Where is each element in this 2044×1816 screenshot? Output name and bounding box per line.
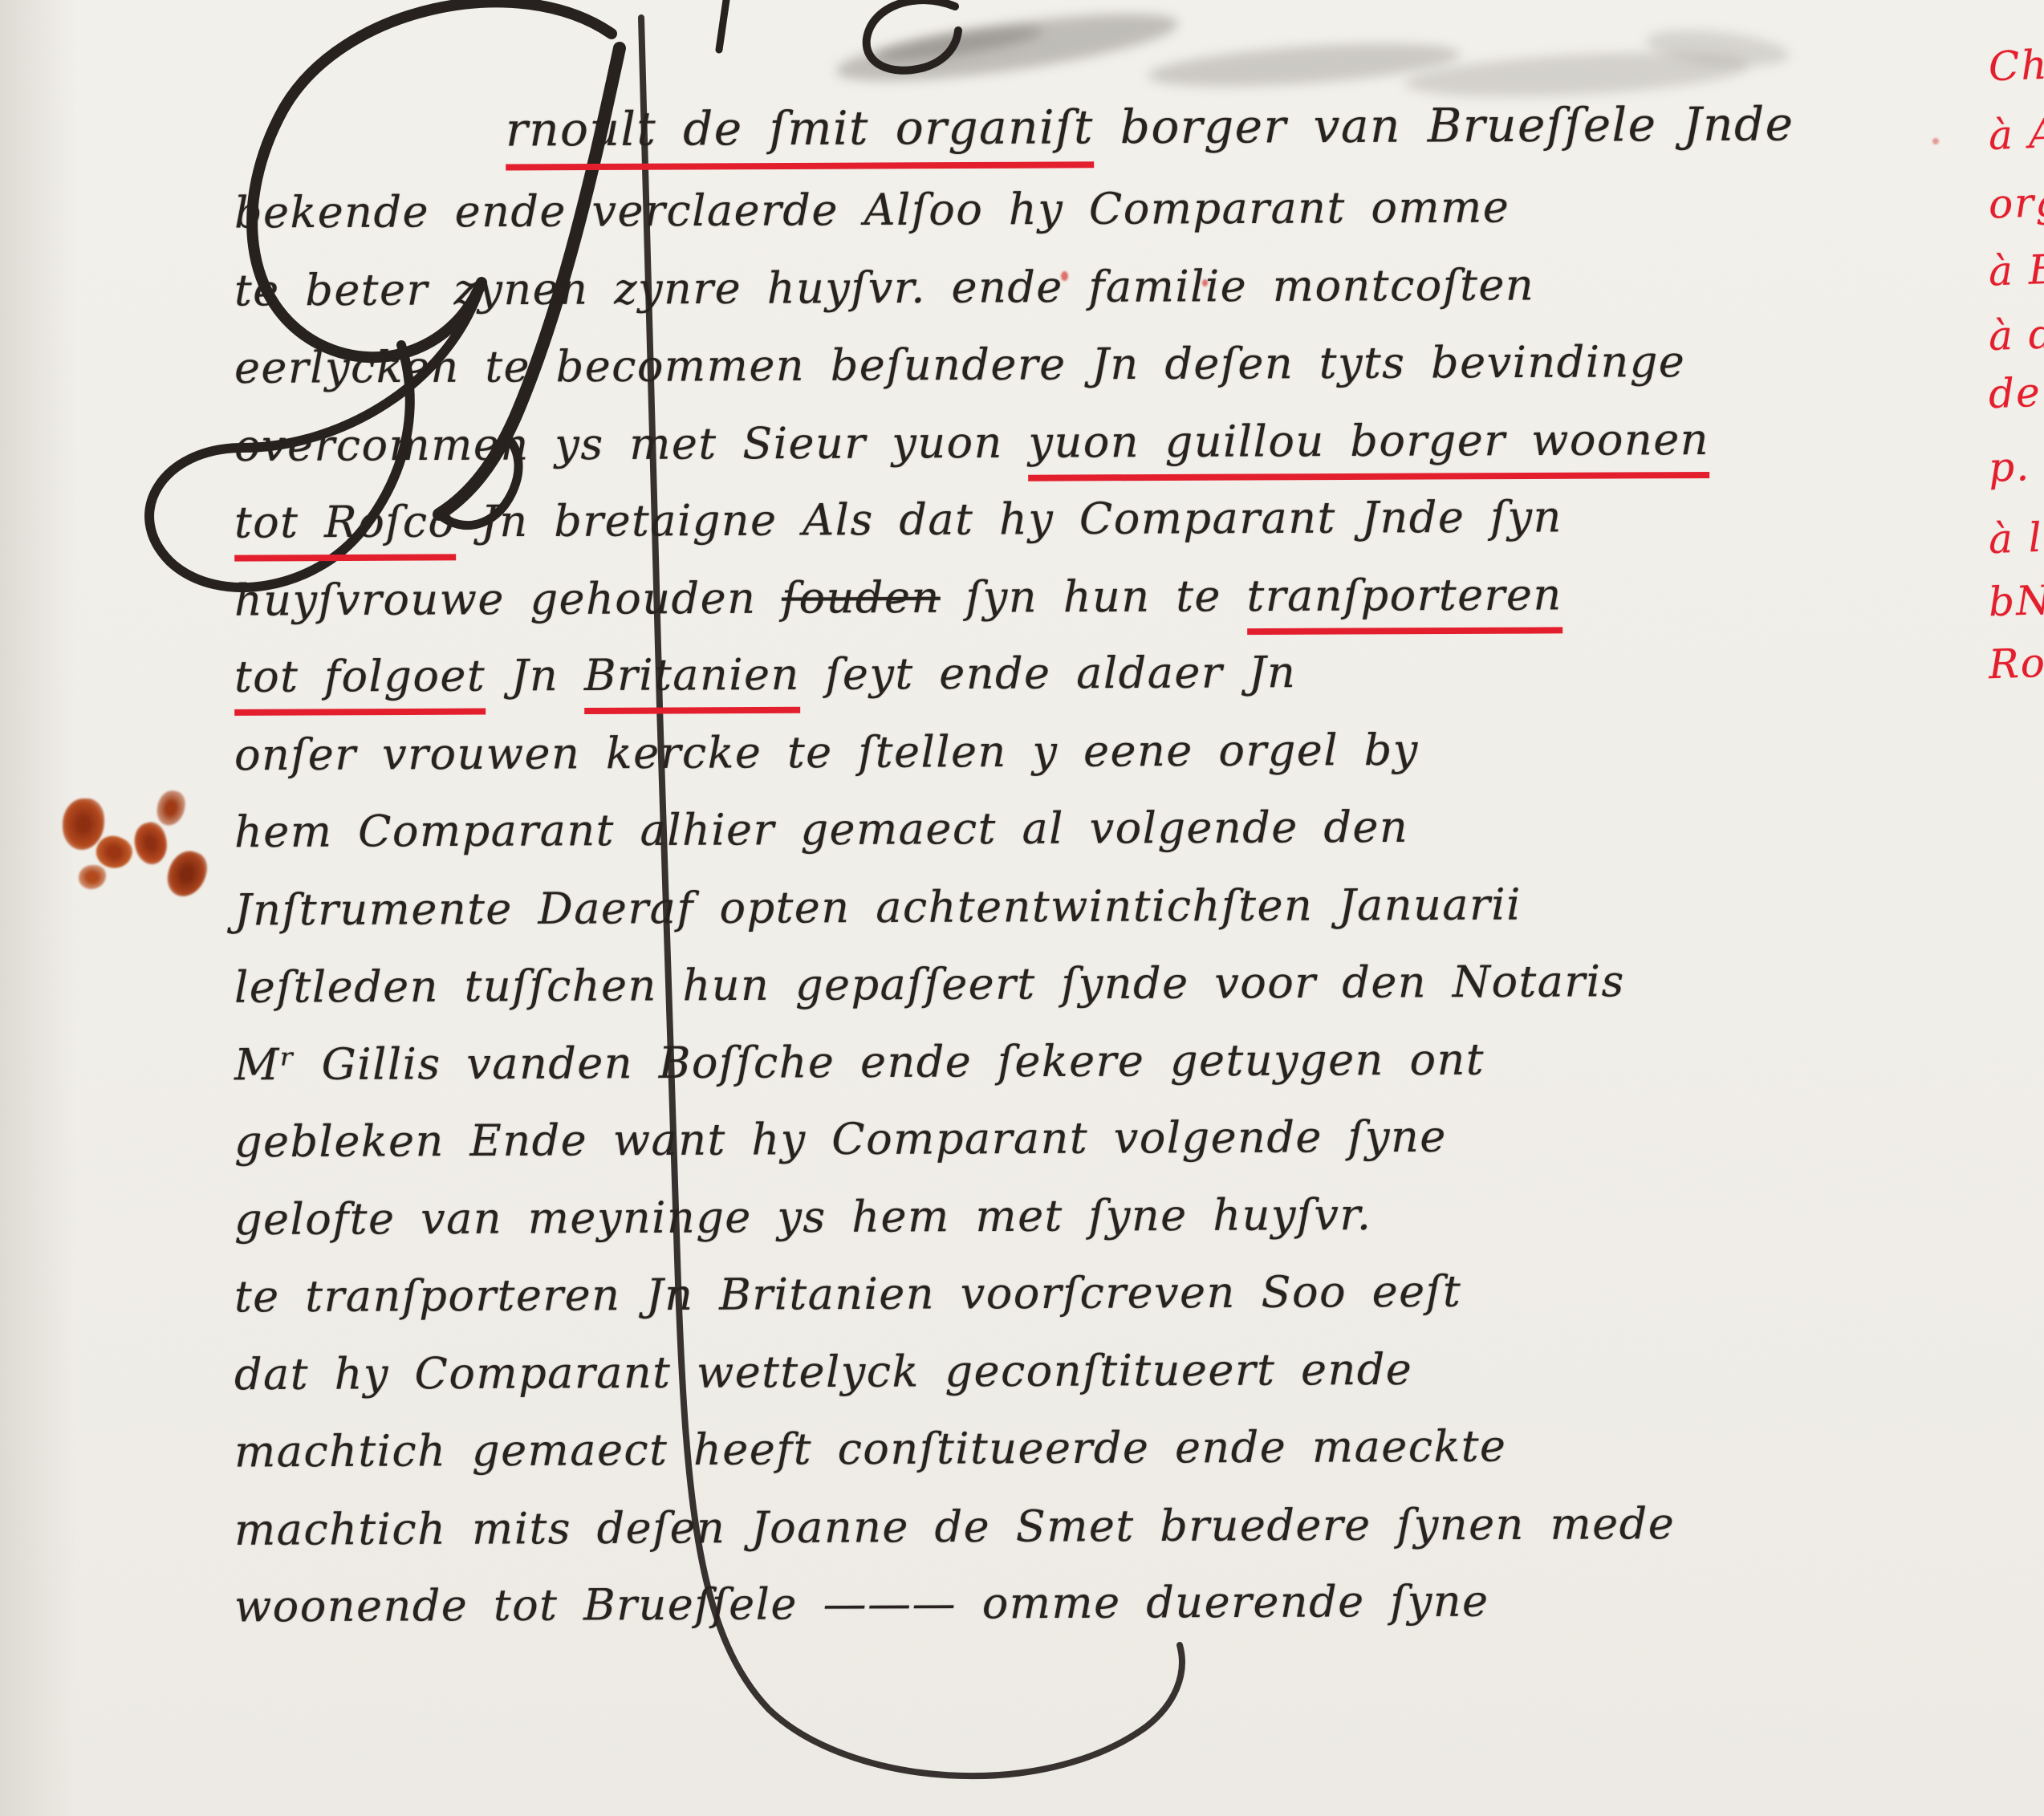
text-segment: dat hy Comparant wettelyck geconſtitueer… [234, 1343, 1413, 1399]
text-segment: ſeyt ende aldaer Jn [800, 647, 1297, 700]
top-edge-stroke [719, 0, 726, 50]
red-underlined-phrase: tot folgoet [234, 651, 486, 716]
margin-note: org [1988, 178, 2044, 227]
manuscript-line: dat hy Comparant wettelyck geconſtitueer… [234, 1337, 1413, 1406]
red-underlined-phrase: tot Roſco [234, 496, 456, 561]
text-segment: Jn bretaigne Als dat hy Comparant Jnde ſ… [455, 491, 1562, 546]
manuscript-line: huyſvrouwe gehouden ſouden ſyn hun te tr… [234, 563, 1562, 632]
text-segment: ſouden [782, 571, 941, 623]
manuscript-line: Mʳ Gillis vanden Boſſche ende ſekere get… [234, 1027, 1485, 1097]
manuscript-line: tot Roſco Jn bretaigne Als dat hy Compar… [234, 485, 1562, 555]
text-segment: gebleken Ende want hy Comparant volgende… [234, 1111, 1447, 1168]
text-segment: Jn [486, 650, 584, 701]
manuscript-line: woonende tot Brueſſele ——— omme duerende… [234, 1570, 1489, 1639]
text-segment: overcommen ys met Sieur yuon [234, 416, 1029, 470]
margin-note: de S [1988, 368, 2044, 417]
manuscript-line: gelofte van meyninge ys hem met ſyne huy… [234, 1182, 1372, 1251]
margin-note: à l [1988, 514, 2044, 563]
manuscript-line: gebleken Ende want hy Comparant volgende… [234, 1105, 1447, 1175]
text-segment: Mʳ Gillis vanden Boſſche ende ſekere get… [234, 1034, 1485, 1090]
text-segment: ſyn hun te [941, 571, 1247, 623]
manuscript-line: rnoult de ſmit organiſt borger van Brueſ… [506, 91, 1794, 161]
text-segment: machtich mits deſen Joanne de Smet brued… [234, 1498, 1675, 1555]
margin-note: à B [1988, 246, 2044, 295]
red-underlined-phrase: yuon guillou borger woonen [1028, 413, 1709, 481]
text-segment: leſtleden tuſſchen hun gepaſſeert ſynde … [234, 956, 1625, 1013]
manuscript-page: { "document_kind": "handwritten notarial… [0, 0, 2044, 1816]
margin-note: Char [1988, 40, 2044, 91]
manuscript-line: machtich mits deſen Joanne de Smet brued… [234, 1492, 1676, 1562]
manuscript-line: Jnſtrumente Daeraf opten achtentwintichſ… [234, 872, 1522, 942]
margin-note: bN [1988, 577, 2044, 626]
manuscript-line: onſer vrouwen kercke te ſtellen y eene o… [234, 717, 1419, 786]
margin-note: p. ‥ [1988, 441, 2044, 491]
text-segment: te beter zynen zynre huyſvr. ende famili… [234, 259, 1534, 315]
red-underlined-phrase: Britanien [584, 649, 800, 714]
manuscript-line: bekende ende verclaerde Alſoo hy Compara… [234, 176, 1510, 246]
manuscript-line: leſtleden tuſſchen hun gepaſſeert ſynde … [234, 949, 1625, 1020]
text-segment: huyſvrouwe gehouden [234, 572, 782, 625]
manuscript-line: eerlycken te becommen beſundere Jn deſen… [234, 330, 1686, 400]
text-segment: onſer vrouwen kercke te ſtellen y eene o… [234, 724, 1419, 779]
margin-note: Ro [1988, 640, 2044, 688]
manuscript-line: tot folgoet Jn Britanien ſeyt ende aldae… [234, 640, 1297, 709]
manuscript-line: machtich gemaect heeft conſtitueerde end… [234, 1415, 1507, 1485]
manuscript-line: overcommen ys met Sieur yuon yuon guillo… [234, 407, 1709, 477]
text-segment: borger van Brueſſele Jnde [1094, 96, 1794, 154]
margin-note: à Ar [1988, 109, 2044, 159]
text-segment: te tranſporteren Jn Britanien voorſcreve… [234, 1266, 1462, 1322]
text-segment: hem Comparant alhier gemaect al volgende… [234, 802, 1408, 857]
text-segment: woonende tot Brueſſele ——— omme duerende… [234, 1576, 1489, 1632]
red-underlined-phrase: rnoult de ſmit organiſt [506, 100, 1094, 170]
red-underlined-phrase: tranſporteren [1246, 569, 1562, 635]
manuscript-line: te beter zynen zynre huyſvr. ende famili… [234, 253, 1535, 323]
top-edge-oval [867, 0, 958, 71]
text-segment: Jnſtrumente Daeraf opten achtentwintichſ… [234, 879, 1522, 935]
manuscript-line: hem Comparant alhier gemaect al volgende… [234, 795, 1409, 864]
text-segment: gelofte van meyninge ys hem met ſyne huy… [234, 1188, 1372, 1244]
manuscript-line: te tranſporteren Jn Britanien voorſcreve… [234, 1260, 1462, 1330]
text-segment: eerlycken te becommen beſundere Jn deſen… [234, 336, 1686, 393]
margin-note: à de [1988, 310, 2044, 360]
text-segment: machtich gemaect heeft conſtitueerde end… [234, 1421, 1507, 1477]
text-segment: bekende ende verclaerde Alſoo hy Compara… [234, 182, 1510, 238]
